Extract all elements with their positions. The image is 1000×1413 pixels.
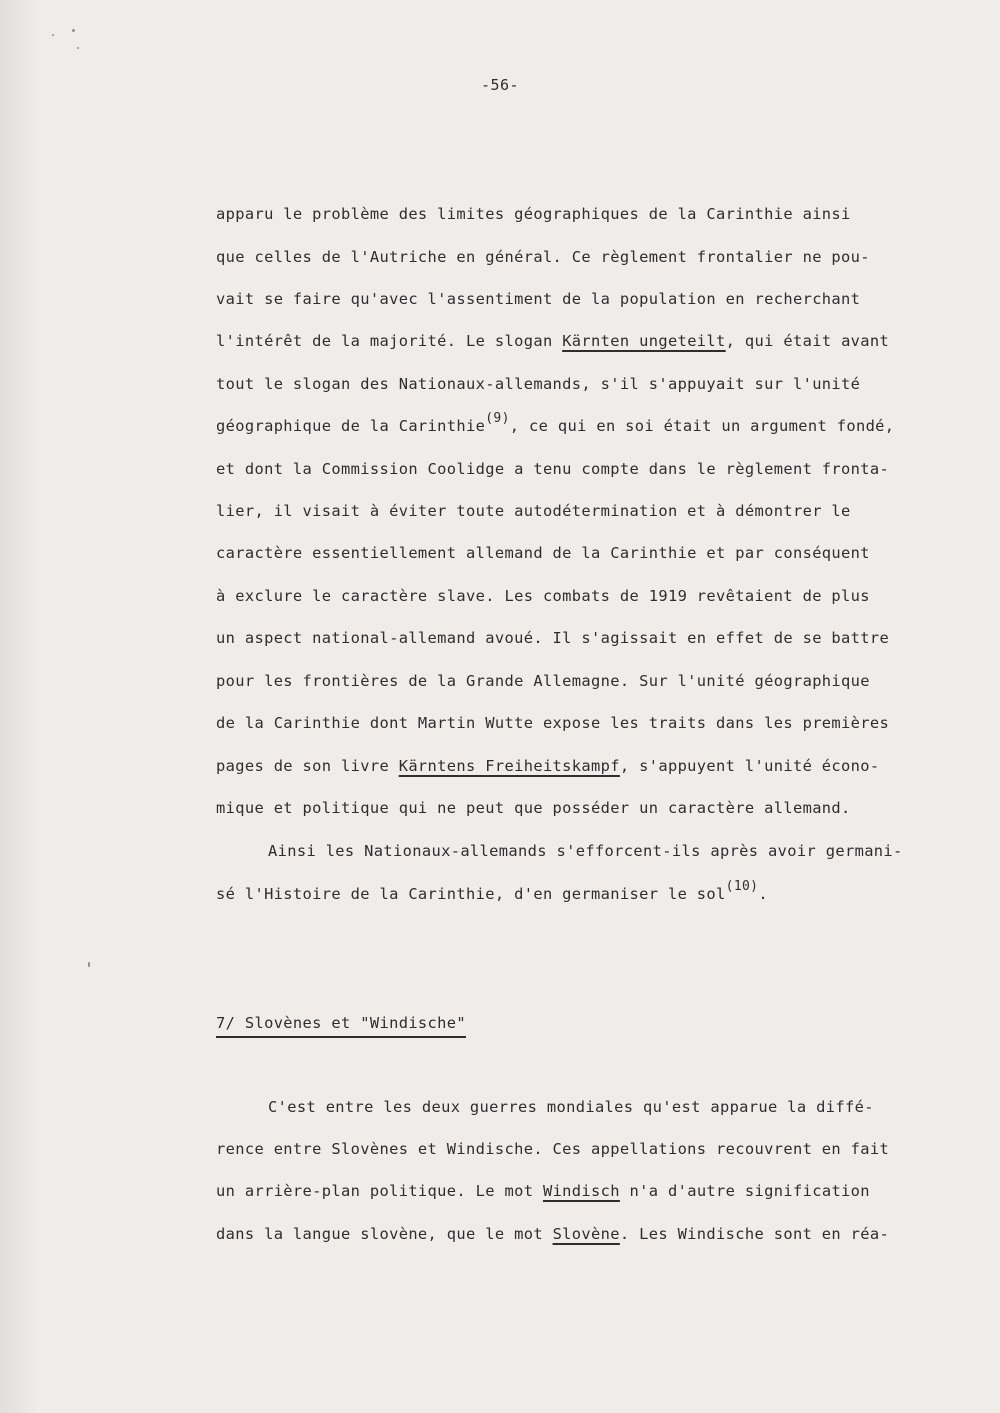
text-run: géographique de la Carinthie: [216, 417, 485, 435]
text-run: . Les Windische sont en réa-: [620, 1225, 889, 1243]
text-line: de la Carinthie dont Martin Wutte expose…: [216, 713, 889, 733]
text-line: mique et politique qui ne peut que possé…: [216, 798, 851, 818]
page-number: -56-: [0, 76, 1000, 94]
text-run: dans la langue slovène, que le mot: [216, 1225, 553, 1243]
text-line: caractère essentiellement allemand de la…: [216, 543, 870, 563]
section-heading: 7/ Slovènes et "Windische": [216, 1013, 466, 1038]
text-line: C'est entre les deux guerres mondiales q…: [268, 1097, 874, 1117]
text-line: géographique de la Carinthie(9), ce qui …: [216, 416, 894, 436]
text-line: Ainsi les Nationaux-allemands s'efforcen…: [268, 841, 903, 861]
text-line: et dont la Commission Coolidge a tenu co…: [216, 459, 889, 479]
underlined-term-slovene: Slovène: [553, 1225, 620, 1243]
underlined-book-title: Kärntens Freiheitskampf: [399, 757, 620, 775]
text-line: pour les frontières de la Grande Allemag…: [216, 671, 870, 691]
text-line: vait se faire qu'avec l'assentiment de l…: [216, 289, 860, 309]
text-line: pages de son livre Kärntens Freiheitskam…: [216, 756, 880, 776]
underlined-slogan: Kärnten ungeteilt: [562, 332, 725, 350]
footnote-ref-9: (9): [485, 411, 510, 426]
paper-speck: [52, 34, 54, 36]
text-run: l'intérêt de la majorité. Le slogan: [216, 332, 562, 350]
text-line: l'intérêt de la majorité. Le slogan Kärn…: [216, 331, 889, 351]
text-line: un aspect national-allemand avoué. Il s'…: [216, 628, 889, 648]
paper-speck: [77, 47, 79, 49]
text-run: n'a d'autre signification: [620, 1182, 870, 1200]
text-run: pages de son livre: [216, 757, 399, 775]
text-line: dans la langue slovène, que le mot Slovè…: [216, 1224, 889, 1244]
paper-speck: [88, 962, 90, 967]
paper-speck: [72, 29, 75, 32]
text-line: un arrière-plan politique. Le mot Windis…: [216, 1181, 870, 1201]
footnote-ref-10: (10): [726, 879, 759, 894]
text-line: à exclure le caractère slave. Les combat…: [216, 586, 870, 606]
text-line: lier, il visait à éviter toute autodéter…: [216, 501, 851, 521]
text-run: , qui était avant: [726, 332, 889, 350]
text-run: sé l'Histoire de la Carinthie, d'en germ…: [216, 885, 726, 903]
text-line: sé l'Histoire de la Carinthie, d'en germ…: [216, 884, 768, 904]
text-run: un arrière-plan politique. Le mot: [216, 1182, 543, 1200]
underlined-term-windisch: Windisch: [543, 1182, 620, 1200]
text-line: apparu le problème des limites géographi…: [216, 204, 851, 224]
document-page: -56- apparu le problème des limites géog…: [0, 0, 1000, 1413]
text-line: tout le slogan des Nationaux-allemands, …: [216, 374, 860, 394]
text-run: , s'appuyent l'unité écono-: [620, 757, 880, 775]
text-run: .: [758, 885, 768, 903]
text-line: rence entre Slovènes et Windische. Ces a…: [216, 1139, 889, 1159]
text-run: , ce qui en soi était un argument fondé,: [510, 417, 895, 435]
text-line: que celles de l'Autriche en général. Ce …: [216, 247, 870, 267]
